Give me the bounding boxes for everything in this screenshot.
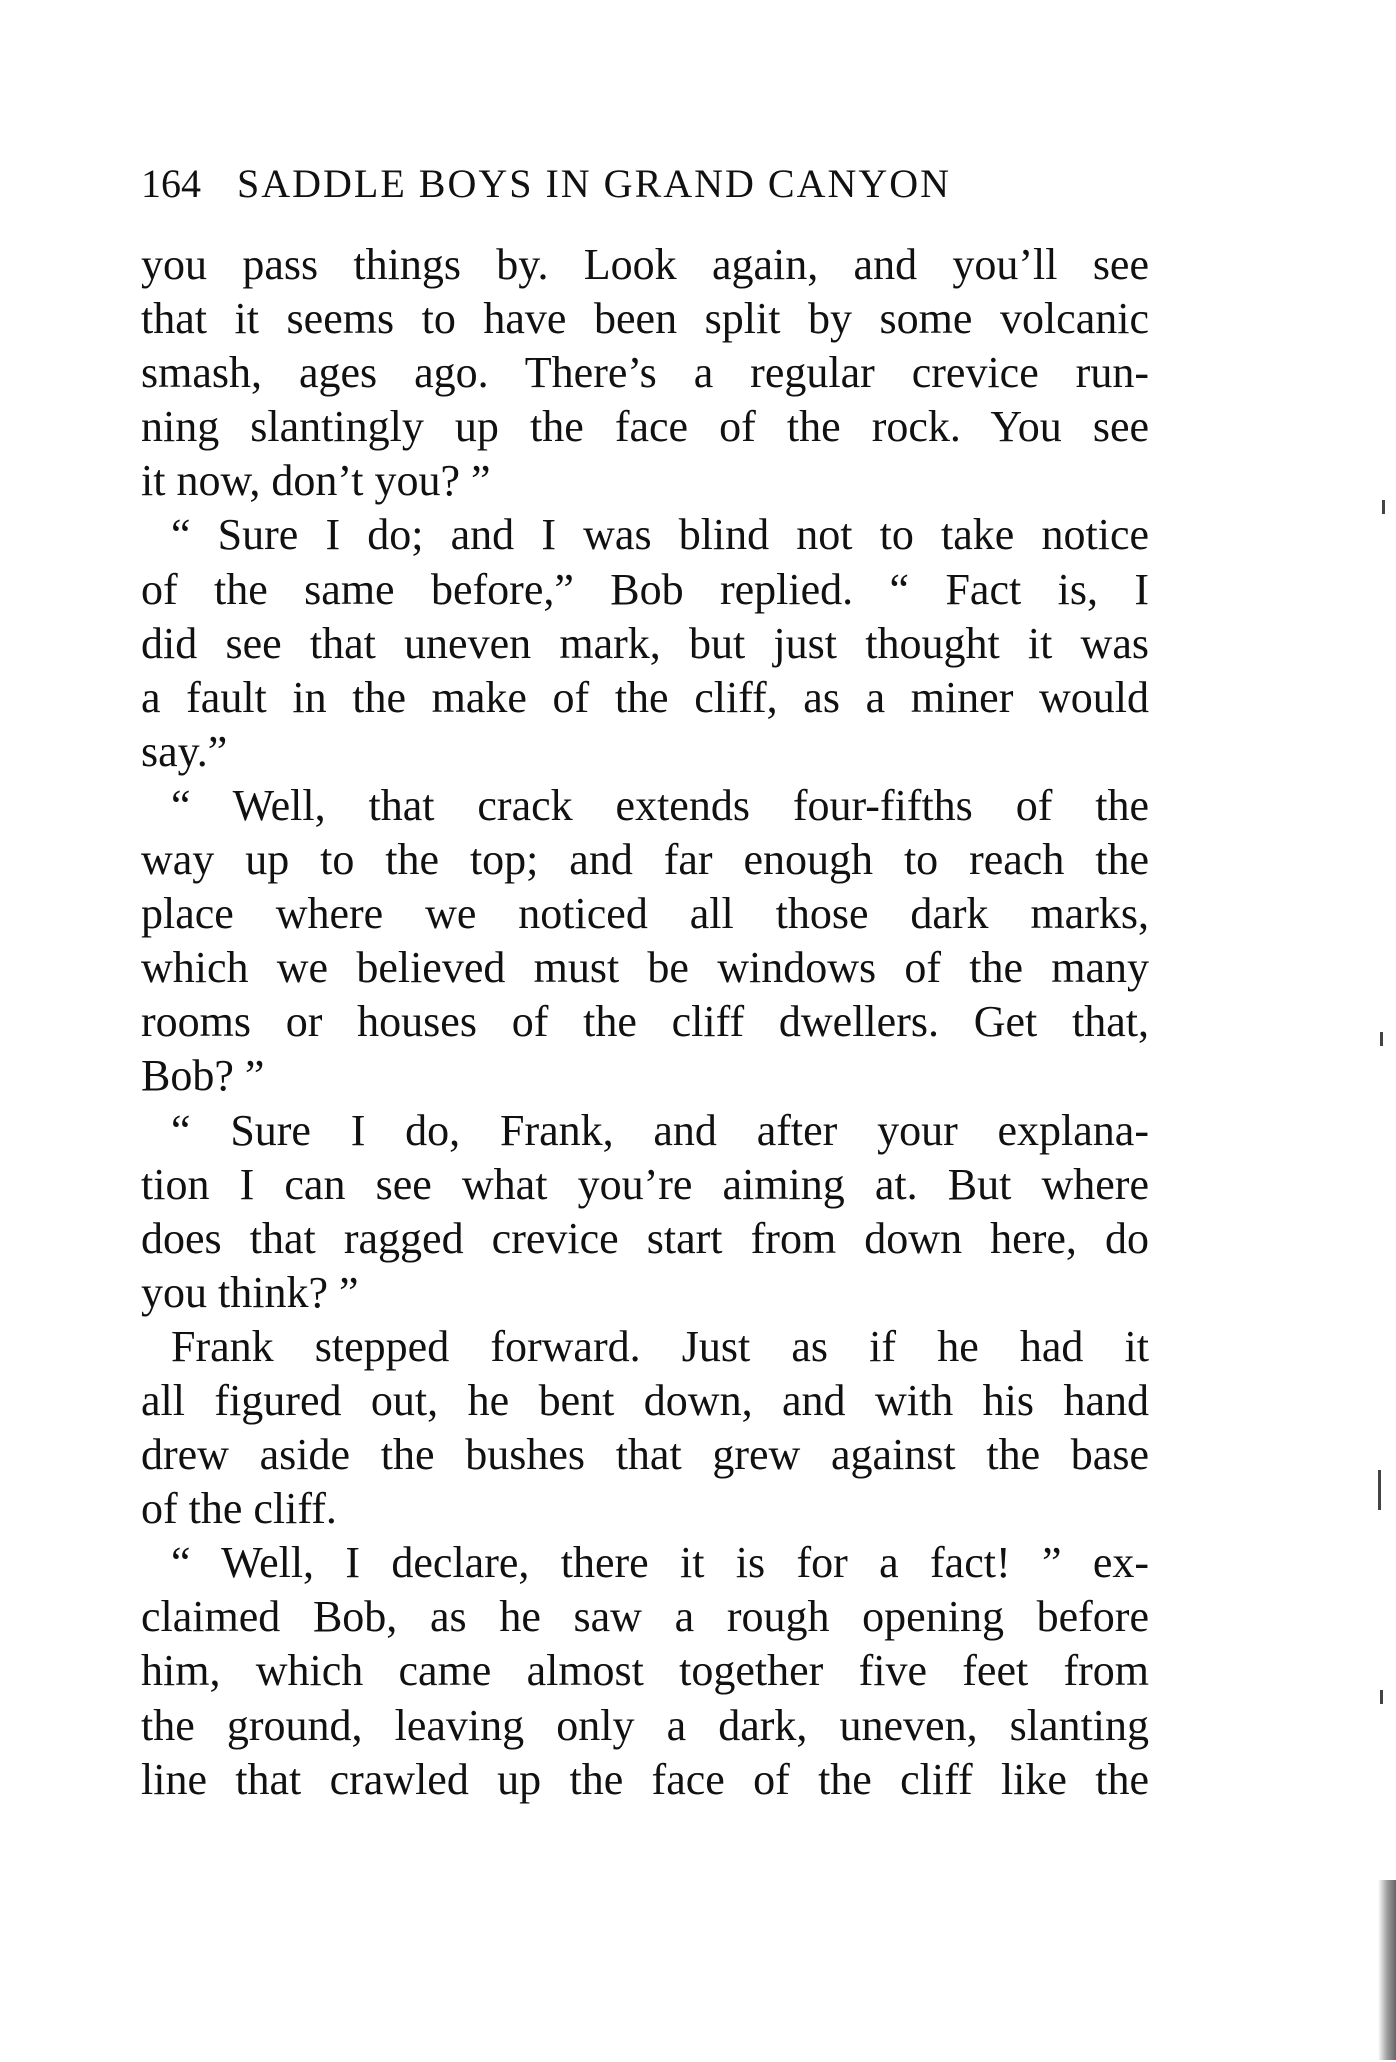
text-line: of the cliff. [141, 1482, 1149, 1536]
text-line: did see that uneven mark, but just thoug… [141, 617, 1149, 671]
page-number: 164 [141, 161, 201, 206]
text-line: Bob? ” [141, 1049, 1149, 1103]
text-line: that it seems to have been split by some… [141, 292, 1149, 346]
body-text: you pass things by. Look again, and you’… [141, 238, 1149, 1807]
text-line: “ Sure I do, Frank, and after your expla… [141, 1104, 1149, 1158]
text-line: of the same before,” Bob replied. “ Fact… [141, 563, 1149, 617]
scan-artifact [1382, 500, 1385, 514]
page-edge-shadow [1378, 1880, 1396, 2060]
book-page: 164SADDLE BOYS IN GRAND CANYON you pass … [0, 0, 1396, 2062]
text-line: smash, ages ago. There’s a regular crevi… [141, 346, 1149, 400]
text-line: which we believed must be windows of the… [141, 941, 1149, 995]
text-line: tion I can see what you’re aiming at. Bu… [141, 1158, 1149, 1212]
text-line: claimed Bob, as he saw a rough opening b… [141, 1590, 1149, 1644]
scan-artifact [1378, 1470, 1381, 1510]
text-line: “ Sure I do; and I was blind not to take… [141, 508, 1149, 562]
scan-artifact [1380, 1690, 1383, 1704]
running-title: SADDLE BOYS IN GRAND CANYON [237, 161, 951, 206]
text-line: line that crawled up the face of the cli… [141, 1753, 1149, 1807]
text-line: rooms or houses of the cliff dwellers. G… [141, 995, 1149, 1049]
text-line: way up to the top; and far enough to rea… [141, 833, 1149, 887]
text-line: “ Well, I declare, there it is for a fac… [141, 1536, 1149, 1590]
text-line: it now, don’t you? ” [141, 454, 1149, 508]
scan-artifact [1380, 1032, 1383, 1046]
text-line: you pass things by. Look again, and you’… [141, 238, 1149, 292]
text-line: the ground, leaving only a dark, uneven,… [141, 1699, 1149, 1753]
running-header: 164SADDLE BOYS IN GRAND CANYON [141, 160, 1151, 207]
text-line: place where we noticed all those dark ma… [141, 887, 1149, 941]
text-line: “ Well, that crack extends four-fifths o… [141, 779, 1149, 833]
text-line: does that ragged crevice start from down… [141, 1212, 1149, 1266]
text-line: you think? ” [141, 1266, 1149, 1320]
text-line: ning slantingly up the face of the rock.… [141, 400, 1149, 454]
text-line: all figured out, he bent down, and with … [141, 1374, 1149, 1428]
text-line: drew aside the bushes that grew against … [141, 1428, 1149, 1482]
text-line: a fault in the make of the cliff, as a m… [141, 671, 1149, 725]
text-line: Frank stepped forward. Just as if he had… [141, 1320, 1149, 1374]
text-line: him, which came almost together five fee… [141, 1644, 1149, 1698]
text-line: say.” [141, 725, 1149, 779]
